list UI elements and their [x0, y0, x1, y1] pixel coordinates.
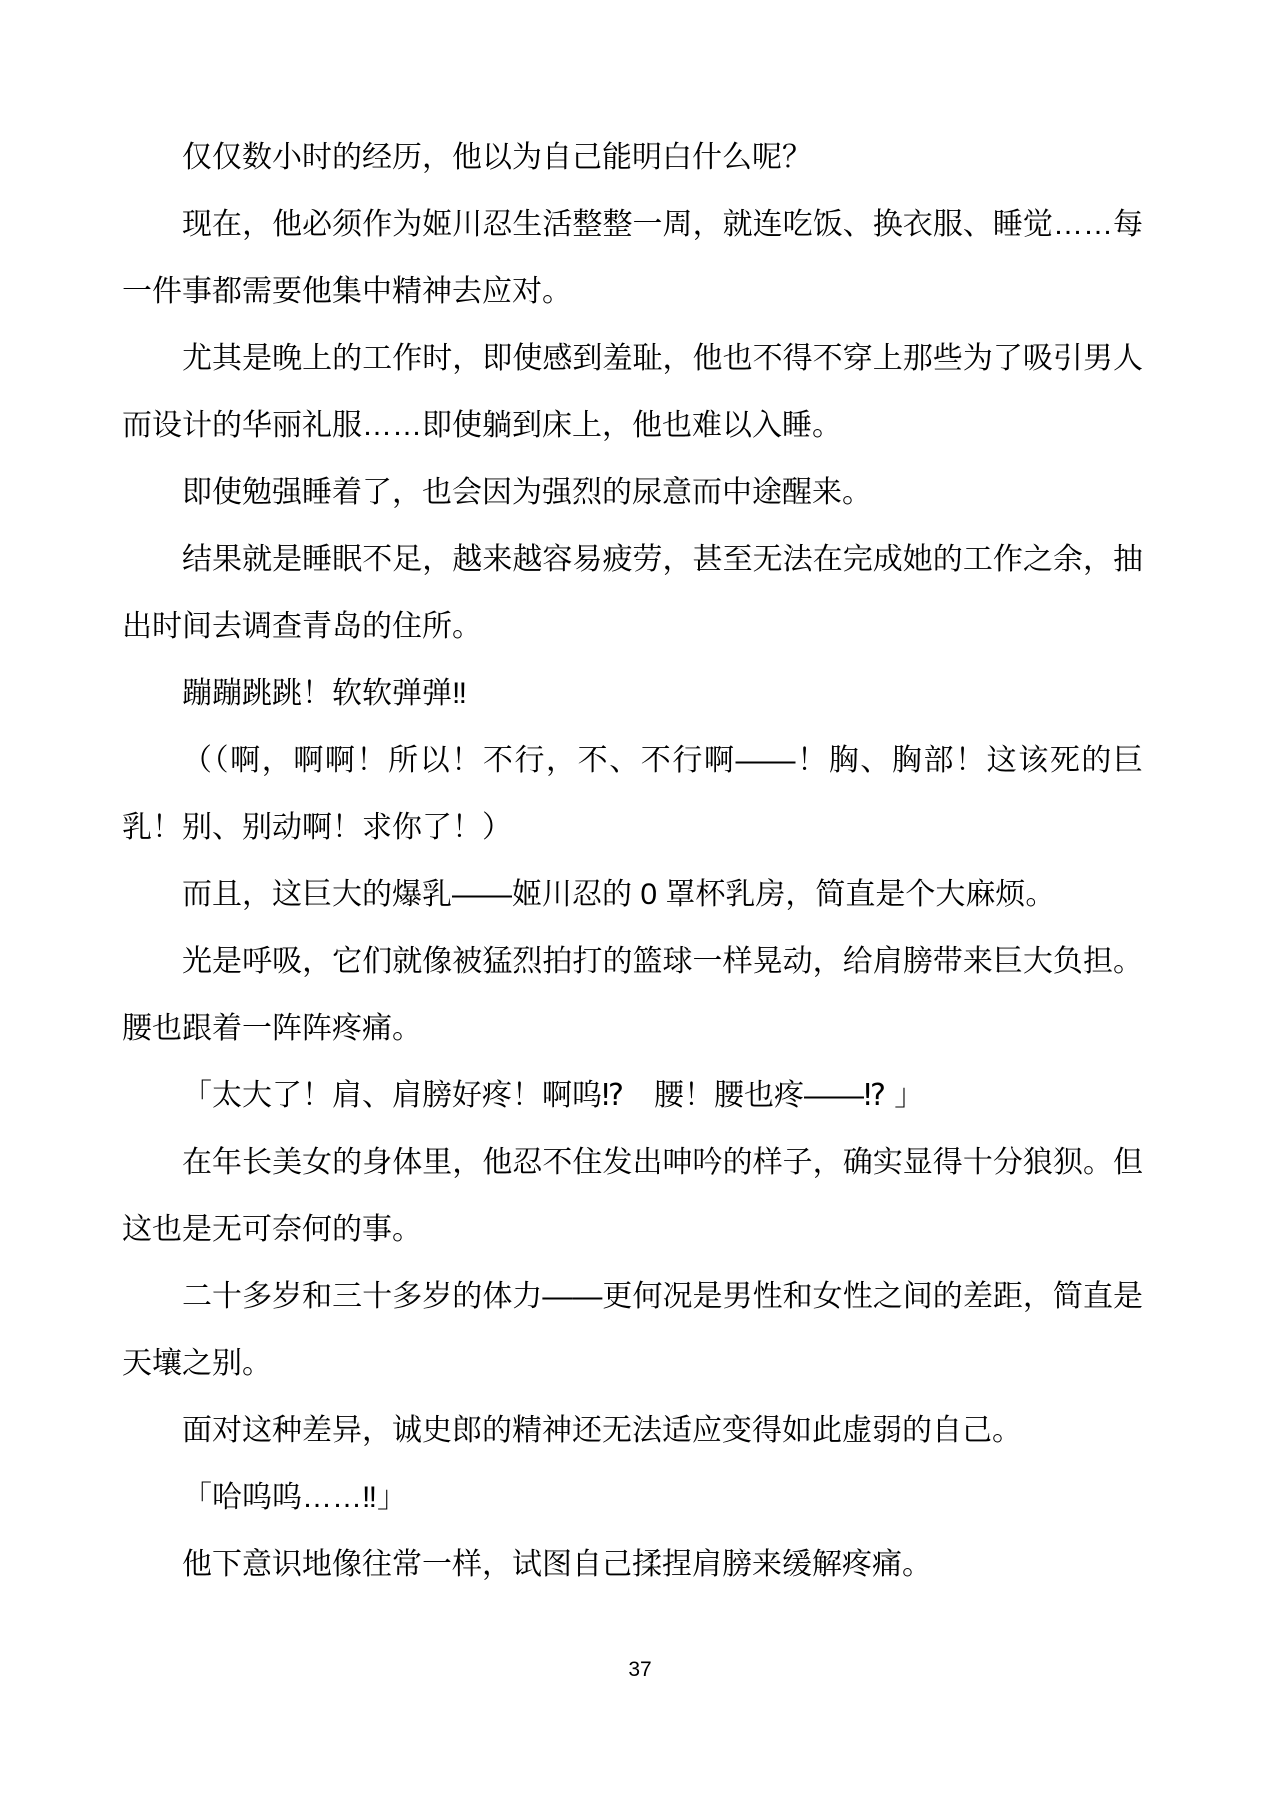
paragraph: 而且，这巨大的爆乳——姬川忍的 0 罩杯乳房，简直是个大麻烦。: [122, 861, 1143, 928]
paragraph-dialogue: 「太大了！肩、肩膀好疼！啊呜⁉ 腰！腰也疼——⁉ 」: [122, 1062, 1143, 1129]
paragraph: 在年长美女的身体里，他忍不住发出呻吟的样子，确实显得十分狼狈。但这也是无可奈何的…: [122, 1129, 1143, 1263]
paragraph: 现在，他必须作为姬川忍生活整整一周，就连吃饭、换衣服、睡觉……每一件事都需要他集…: [122, 191, 1143, 325]
paragraph: 蹦蹦跳跳！软软弹弹‼: [122, 660, 1143, 727]
paragraph: 结果就是睡眠不足，越来越容易疲劳，甚至无法在完成她的工作之余，抽出时间去调查青岛…: [122, 526, 1143, 660]
paragraph: 光是呼吸，它们就像被猛烈拍打的篮球一样晃动，给肩膀带来巨大负担。腰也跟着一阵阵疼…: [122, 928, 1143, 1062]
paragraph: 二十多岁和三十多岁的体力——更何况是男性和女性之间的差距，简直是天壤之别。: [122, 1263, 1143, 1397]
paragraph: 即使勉强睡着了，也会因为强烈的尿意而中途醒来。: [122, 459, 1143, 526]
paragraph: 面对这种差异，诚史郎的精神还无法适应变得如此虚弱的自己。: [122, 1397, 1143, 1464]
page-number: 37: [0, 1657, 1280, 1682]
document-page: 仅仅数小时的经历，他以为自己能明白什么呢？ 现在，他必须作为姬川忍生活整整一周，…: [0, 0, 1280, 1810]
paragraph: 尤其是晚上的工作时，即使感到羞耻，他也不得不穿上那些为了吸引男人而设计的华丽礼服…: [122, 325, 1143, 459]
paragraph-dialogue: 「哈呜呜……‼」: [122, 1464, 1143, 1531]
page-body-text: 仅仅数小时的经历，他以为自己能明白什么呢？ 现在，他必须作为姬川忍生活整整一周，…: [122, 124, 1143, 1598]
paragraph: 仅仅数小时的经历，他以为自己能明白什么呢？: [122, 124, 1143, 191]
paragraph: （（啊，啊啊！所以！不行，不、不行啊——！胸、胸部！这该死的巨乳！别、别动啊！求…: [122, 727, 1143, 861]
paragraph: 他下意识地像往常一样，试图自己揉捏肩膀来缓解疼痛。: [122, 1531, 1143, 1598]
